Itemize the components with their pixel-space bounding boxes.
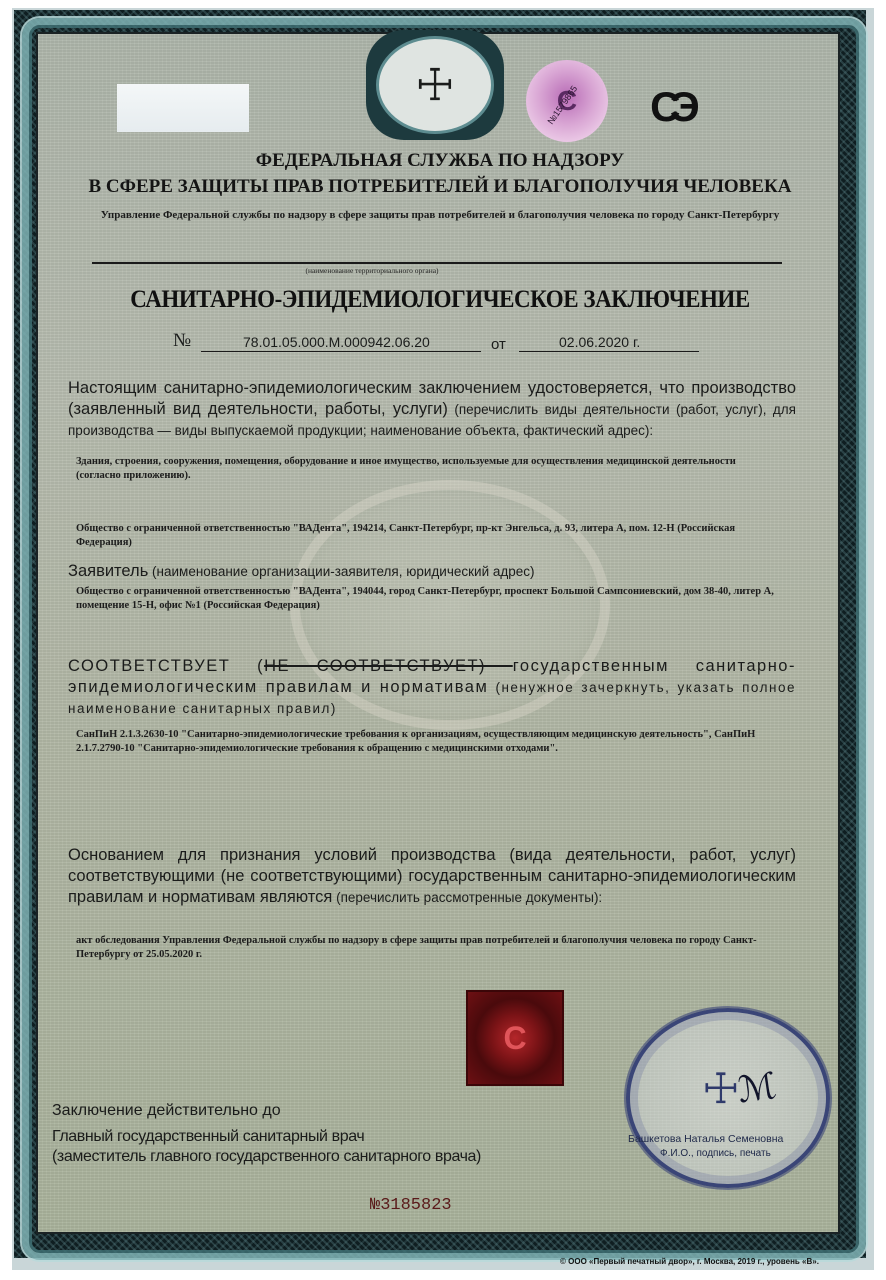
official-stamp: ☩ [626, 1008, 830, 1188]
applicant-label: Заявитель [68, 562, 148, 580]
sanitary-rules-value: СанПиН 2.1.3.2630-10 "Санитарно-эпидемио… [76, 728, 776, 756]
document-date: 02.06.2020 г. [559, 334, 640, 350]
document-number: 78.01.05.000.М.000942.06.20 [243, 334, 430, 350]
org-title-line2: В СФЕРЕ ЗАЩИТЫ ПРАВ ПОТРЕБИТЕЛЕЙ И БЛАГО… [60, 176, 820, 198]
signature-icon: ℳ [735, 1066, 779, 1112]
production-value: Здания, строения, сооружения, помещения,… [76, 455, 776, 483]
basis-documents-value: акт обследования Управления Федеральной … [76, 934, 776, 962]
applicant-value: Общество с ограниченной ответственностью… [76, 585, 776, 613]
valid-until-label: Заключение действительно до [52, 1102, 281, 1120]
signer-name: Башкетова Наталья Семеновна [628, 1133, 783, 1145]
territorial-body: Управление Федеральной службы по надзору… [100, 208, 780, 222]
stamp-eagle-icon: ☩ [702, 1064, 740, 1113]
emblem-badge: ☩ [366, 30, 504, 140]
divider-line [92, 262, 782, 264]
signer-caption: Ф.И.О., подпись, печать [660, 1148, 771, 1159]
deputy-chief-doctor-title: (заместитель главного государственного с… [52, 1148, 481, 1166]
date-underline [519, 351, 699, 352]
not-complies-struck-text: НЕ СООТВЕТСТВУЕТ) [264, 657, 513, 675]
document-number-row: № 78.01.05.000.М.000942.06.20 от 02.06.2… [173, 330, 713, 354]
printer-note: © ООО «Первый печатный двор», г. Москва,… [560, 1257, 819, 1266]
document-title: САНИТАРНО-ЭПИДЕМИОЛОГИЧЕСКОЕ ЗАКЛЮЧЕНИЕ [100, 286, 781, 314]
compliance-statement: СООТВЕТСТВУЕТ (НЕ СООТВЕТСТВУЕТ) государ… [68, 656, 796, 719]
tamper-seal-sticker-icon: C [466, 990, 564, 1086]
chief-doctor-title: Главный государственный санитарный врач [52, 1128, 364, 1146]
applicant-hint: (наименование организации-заявителя, юри… [148, 564, 534, 579]
redacted-area [117, 84, 249, 132]
double-headed-eagle-icon: ☩ [376, 36, 494, 134]
org-title-line1: ФЕДЕРАЛЬНАЯ СЛУЖБА ПО НАДЗОРУ [60, 150, 820, 172]
number-sign: № [173, 330, 191, 352]
se-mark-logo-icon: СЭ [630, 84, 710, 130]
date-label: от [491, 336, 506, 353]
basis-statement: Основанием для признания условий произво… [68, 845, 796, 908]
production-statement: Настоящим санитарно-эпидемиологическим з… [68, 378, 796, 441]
complies-text: СООТВЕТСТВУЕТ ( [68, 657, 264, 675]
object-address: Общество с ограниченной ответственностью… [76, 522, 776, 550]
basis-hint: (перечислить рассмотренные документы): [332, 890, 602, 905]
form-serial-number: №3185823 [370, 1196, 452, 1215]
applicant-heading: Заявитель (наименование организации-заяв… [68, 561, 796, 582]
territorial-body-caption: (наименование территориального органа) [92, 266, 652, 275]
number-underline [201, 351, 481, 352]
